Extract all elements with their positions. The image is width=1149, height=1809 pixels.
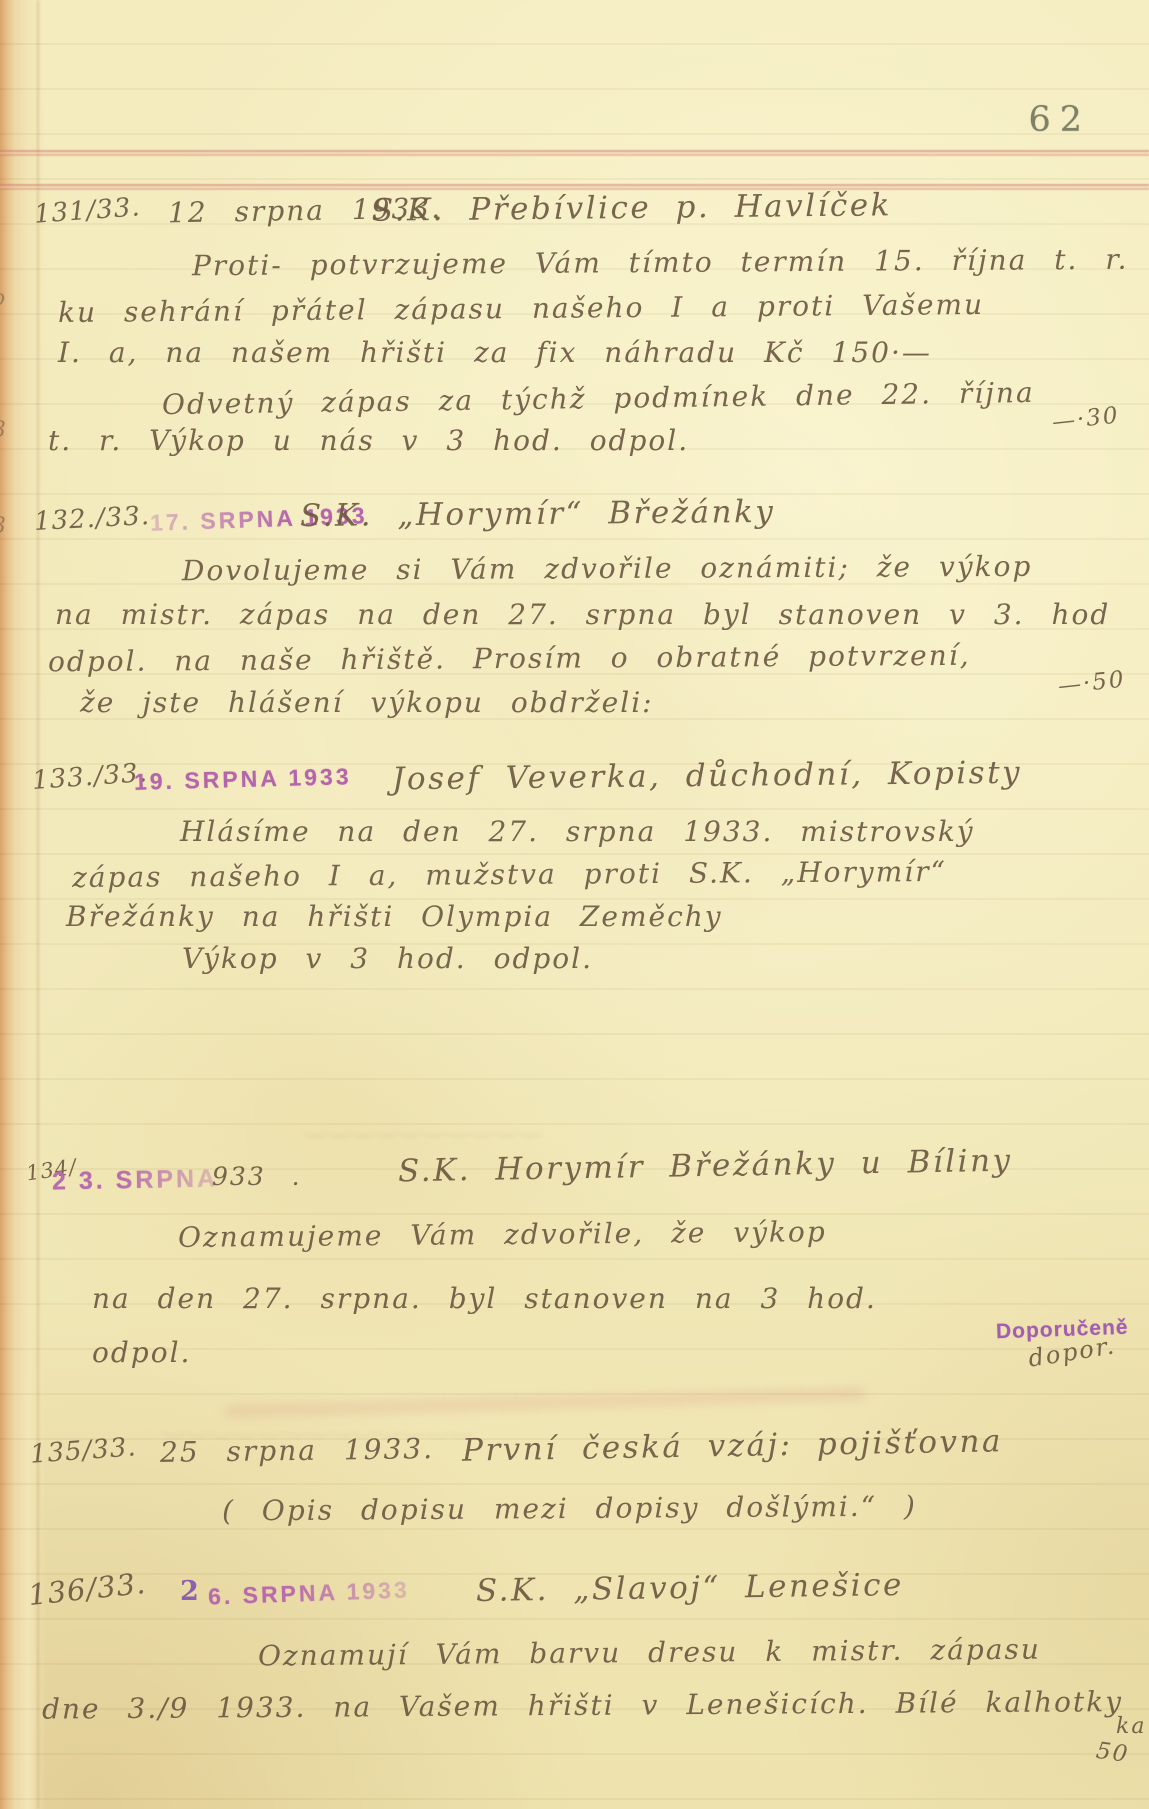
entry-line: Břežánky na hřišti Olympia Zeměchy: [66, 900, 723, 933]
ledger-entry-131: 131/33. 12 srpna 1933. S.K. Přebívlice p…: [0, 192, 1149, 452]
entry-number: 135/33.: [29, 1432, 138, 1469]
margin-amount: 50: [1094, 1738, 1131, 1768]
ledger-entry-132: 132./33. 17. SRPNA 1933 S.K. „Horymír“ B…: [0, 498, 1149, 728]
ledger-entry-136: 136/33. 2 6. SRPNA 1933 S.K. „Slavoj“ Le…: [0, 1572, 1149, 1809]
margin-amount: —·30: [1051, 403, 1121, 436]
ledger-entry-133: 133./33. 19. SRPNA 1933 Josef Veverka, d…: [0, 758, 1149, 978]
entry-line: Odvetný zápas za týchž podmínek dne 22. …: [162, 376, 1035, 421]
entry-line: Oznamujeme Vám zdvořile, že výkop: [178, 1215, 827, 1254]
date-stamp: 19. SRPNA 1933: [134, 763, 352, 796]
entry-heading: První česká vzáj: pojišťovna: [462, 1423, 1003, 1468]
entry-line: Oznamují Vám barvu dresu k mistr. zápasu: [258, 1633, 1041, 1673]
wrapped-word-fragment: ka: [1116, 1714, 1146, 1739]
ledger-entry-134: 134/ 2 3. SRPNA 933 . S.K. Horymír Břežá…: [0, 1152, 1149, 1392]
handwritten-day-digit: 2: [180, 1576, 201, 1607]
entry-line: Výkop v 3 hod. odpol.: [182, 942, 593, 975]
date-stamp: 2 3. SRPNA: [52, 1165, 219, 1197]
bleed-through-writing: ‿‿‿‿‿‿‿‿‿‿: [300, 1108, 539, 1138]
entry-heading: S.K. „Horymír“ Břežánky: [300, 494, 776, 534]
stamp-year-handwritten: 933 .: [212, 1162, 302, 1191]
margin-amount: —·50: [1057, 667, 1127, 700]
entry-line: Proti- potvrzujeme Vám tímto termín 15. …: [192, 243, 1129, 283]
entry-line: na mistr. zápas na den 27. srpna byl sta…: [55, 598, 1110, 631]
entry-line: ( Opis dopisu mezi dopisy došlými.“ ): [222, 1490, 917, 1528]
entry-number: 131/33.: [33, 192, 142, 229]
ledger-page: 62 o 3 3 131/33. 12 srpna 1933. S.K. Pře…: [0, 0, 1149, 1809]
entry-line: odpol. na naše hřiště. Prosím o obratné …: [48, 639, 971, 678]
entry-line: ku sehrání přátel zápasu našeho I a prot…: [58, 288, 984, 329]
entry-heading: Josef Veverka, důchodní, Kopisty: [392, 755, 1022, 798]
entry-line: zápas našeho I a, mužstva proti S.K. „Ho…: [72, 855, 947, 894]
red-rule-bottom: [0, 184, 1149, 190]
entry-number: 132./33.: [33, 501, 150, 537]
entry-line: dne 3./9 1933. na Vašem hřišti v Lenešic…: [42, 1683, 1149, 1725]
date-stamp: 6. SRPNA 1933: [208, 1576, 411, 1610]
ledger-entry-135: 135/33. 25 srpna 1933. První česká vzáj:…: [0, 1432, 1149, 1562]
entry-line: že jste hlášení výkopu obdrželi:: [80, 686, 654, 719]
entry-line: odpol.: [92, 1336, 191, 1369]
page-number: 62: [1028, 100, 1091, 140]
entry-heading: S.K. „Slavoj“ Lenešice: [476, 1567, 904, 1609]
red-rule-top: [0, 150, 1149, 156]
entry-line: Dovolujeme si Vám zdvořile oznámiti; že …: [182, 550, 1033, 587]
entry-number: 136/33.: [27, 1566, 148, 1612]
entry-number: 133./33.: [31, 758, 149, 796]
entry-line: Hlásíme na den 27. srpna 1933. mistrovsk…: [180, 815, 975, 848]
entry-line: I. a, na našem hřišti za fix náhradu Kč …: [58, 336, 932, 369]
entry-heading: S.K. Přebívlice p. Havlíček: [372, 187, 892, 228]
entry-line: na den 27. srpna. byl stanoven na 3 hod.: [92, 1282, 877, 1315]
entry-heading: S.K. Horymír Břežánky u Bíliny: [398, 1143, 1013, 1190]
entry-date: 25 srpna 1933.: [160, 1432, 434, 1469]
entry-line: t. r. Výkop u nás v 3 hod. odpol.: [48, 424, 689, 457]
